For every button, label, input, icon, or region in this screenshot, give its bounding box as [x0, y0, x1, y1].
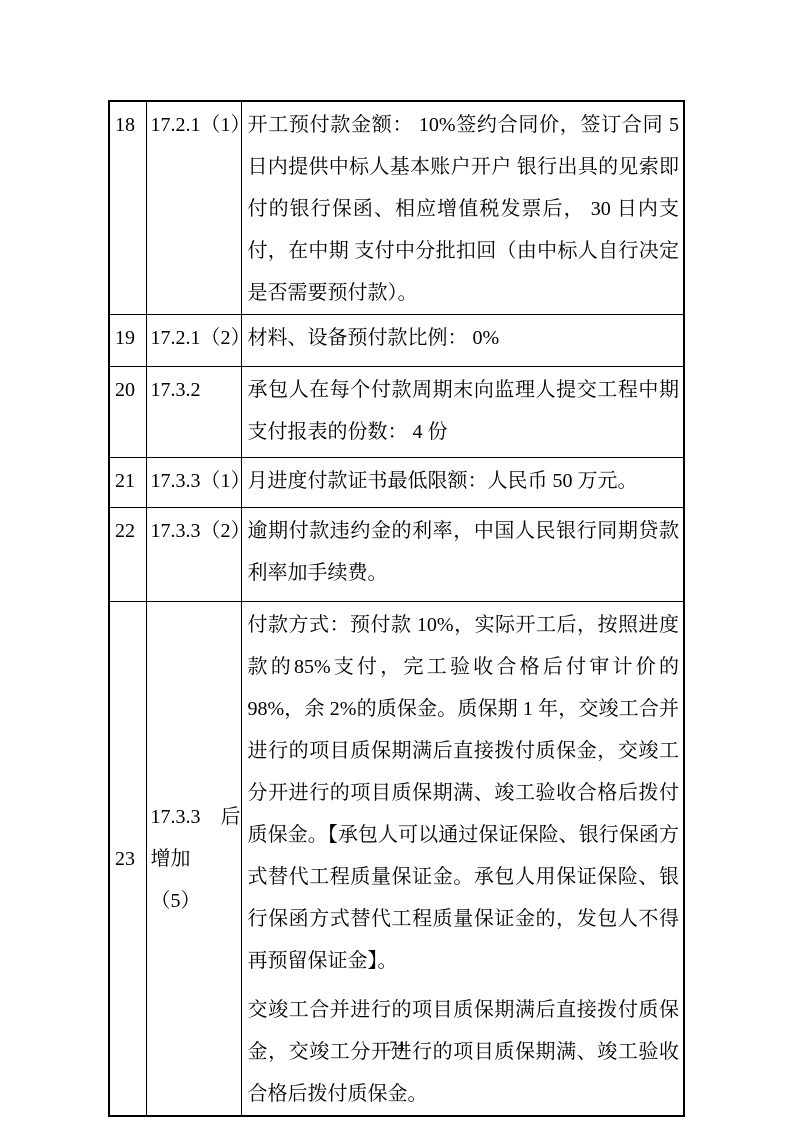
clause-content-paragraph: 开工预付款金额： 10%签约合同价，签订合同 5 日内提供中标人基本账户开户 银… — [248, 104, 680, 314]
table-row: 2117.3.3（1）月进度付款证书最低限额：人民币 50 万元。 — [109, 458, 684, 508]
table-row: 2217.3.3（2）逾期付款违约金的利率，中国人民银行同期贷款利率加手续费。 — [109, 508, 684, 602]
clause-reference-line: 17.3.3（2） — [151, 510, 239, 552]
clause-content-paragraph: 材料、设备预付款比例： 0% — [248, 317, 680, 359]
table-row: 1817.2.1（1）开工预付款金额： 10%签约合同价，签订合同 5 日内提供… — [109, 101, 684, 315]
clause-reference-line: 17.3.3（1） — [151, 460, 239, 502]
row-number: 22 — [109, 508, 146, 602]
row-number: 19 — [109, 315, 146, 367]
clause-content: 月进度付款证书最低限额：人民币 50 万元。 — [241, 458, 684, 508]
clause-reference-line: 17.3.3 后 — [151, 796, 239, 838]
row-number: 20 — [109, 367, 146, 458]
clause-reference-line: 17.2.1（2） — [151, 317, 239, 359]
page-number: 74 — [0, 1036, 794, 1058]
table-row: 2017.3.2承包人在每个付款周期末向监理人提交工程中期支付报表的份数： 4 … — [109, 367, 684, 458]
clause-content-paragraph: 承包人在每个付款周期末向监理人提交工程中期支付报表的份数： 4 份 — [248, 369, 680, 453]
clause-reference-line: （5） — [151, 880, 239, 922]
clause-content: 材料、设备预付款比例： 0% — [241, 315, 684, 367]
clause-content: 开工预付款金额： 10%签约合同价，签订合同 5 日内提供中标人基本账户开户 银… — [241, 101, 684, 315]
clause-reference: 17.3.3（1） — [146, 458, 241, 508]
clause-reference-line: 增加 — [151, 838, 239, 880]
row-number: 18 — [109, 101, 146, 315]
clause-content-paragraph: 逾期付款违约金的利率，中国人民银行同期贷款利率加手续费。 — [248, 510, 680, 594]
clause-reference-line: 17.2.1（1） — [151, 104, 239, 146]
clause-reference: 17.3.3（2） — [146, 508, 241, 602]
clause-content: 承包人在每个付款周期末向监理人提交工程中期支付报表的份数： 4 份 — [241, 367, 684, 458]
clause-content: 逾期付款违约金的利率，中国人民银行同期贷款利率加手续费。 — [241, 508, 684, 602]
clause-content-paragraph: 付款方式：预付款 10%，实际开工后，按照进度款的85%支付，完工验收合格后付审… — [248, 604, 680, 982]
table-row: 1917.2.1（2）材料、设备预付款比例： 0% — [109, 315, 684, 367]
clause-reference-line: 17.3.2 — [151, 369, 239, 411]
row-number: 21 — [109, 458, 146, 508]
clause-reference: 17.3.2 — [146, 367, 241, 458]
document-page: 1817.2.1（1）开工预付款金额： 10%签约合同价，签订合同 5 日内提供… — [0, 0, 794, 1122]
clause-reference: 17.2.1（2） — [146, 315, 241, 367]
clause-reference: 17.2.1（1） — [146, 101, 241, 315]
contract-table-body: 1817.2.1（1）开工预付款金额： 10%签约合同价，签订合同 5 日内提供… — [109, 101, 684, 1116]
clause-content-paragraph: 月进度付款证书最低限额：人民币 50 万元。 — [248, 460, 680, 502]
contract-terms-table: 1817.2.1（1）开工预付款金额： 10%签约合同价，签订合同 5 日内提供… — [108, 100, 685, 1117]
